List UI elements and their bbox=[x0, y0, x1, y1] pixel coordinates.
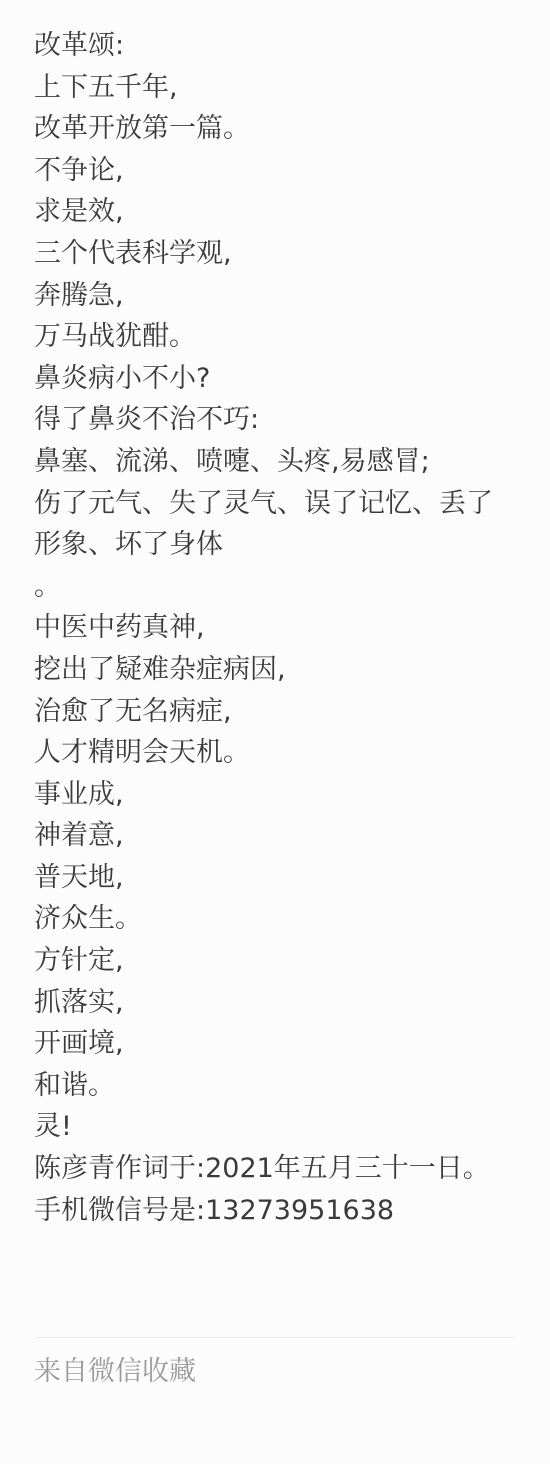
note-line: 上下五千年, bbox=[34, 67, 542, 109]
note-line: 伤了元气、失了灵气、误了记忆、丢了 bbox=[34, 483, 542, 525]
note-line: 万马战犹酣。 bbox=[34, 316, 542, 358]
note-line: 和谐。 bbox=[34, 1065, 542, 1107]
note-line: 。 bbox=[34, 566, 542, 608]
note-line: 三个代表科学观, bbox=[34, 233, 542, 275]
note-line: 济众生。 bbox=[34, 898, 542, 940]
note-line: 陈彦青作词于:2021年五月三十一日。 bbox=[34, 1148, 542, 1190]
note-line: 求是效, bbox=[34, 191, 542, 233]
note-line: 事业成, bbox=[34, 774, 542, 816]
note-line: 神着意, bbox=[34, 815, 542, 857]
note-line: 鼻塞、流涕、喷嚏、头疼,易感冒; bbox=[34, 441, 542, 483]
note-line: 人才精明会天机。 bbox=[34, 732, 542, 774]
note-line: 形象、坏了身体 bbox=[34, 524, 542, 566]
source-label: 来自微信收藏 bbox=[34, 1352, 196, 1392]
note-line: 手机微信号是:13273951638 bbox=[34, 1190, 542, 1232]
note-line: 改革开放第一篇。 bbox=[34, 108, 542, 150]
note-line: 不争论, bbox=[34, 150, 542, 192]
note-line: 奔腾急, bbox=[34, 275, 542, 317]
note-line: 中医中药真神, bbox=[34, 607, 542, 649]
note-line: 得了鼻炎不治不巧: bbox=[34, 399, 542, 441]
note-line: 改革颂: bbox=[34, 25, 542, 67]
footer-divider bbox=[36, 1337, 513, 1338]
wechat-note-screen: 改革颂:上下五千年,改革开放第一篇。不争论,求是效,三个代表科学观,奔腾急,万马… bbox=[0, 0, 550, 1464]
note-content: 改革颂:上下五千年,改革开放第一篇。不争论,求是效,三个代表科学观,奔腾急,万马… bbox=[34, 25, 542, 1231]
note-line: 普天地, bbox=[34, 857, 542, 899]
note-line: 灵! bbox=[34, 1106, 542, 1148]
note-line: 抓落实, bbox=[34, 982, 542, 1024]
note-line: 鼻炎病小不小? bbox=[34, 358, 542, 400]
note-line: 方针定, bbox=[34, 940, 542, 982]
note-line: 挖出了疑难杂症病因, bbox=[34, 649, 542, 691]
note-line: 开画境, bbox=[34, 1023, 542, 1065]
note-line: 治愈了无名病症, bbox=[34, 691, 542, 733]
